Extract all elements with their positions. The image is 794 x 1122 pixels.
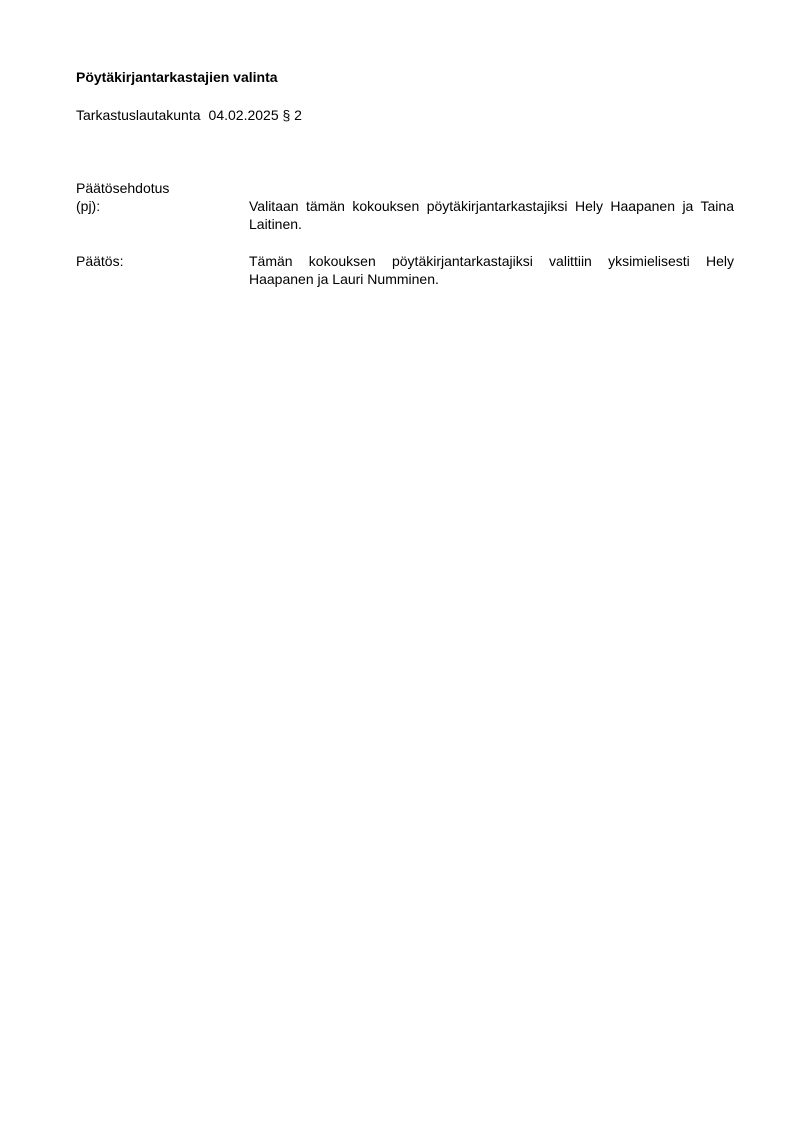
proposal-label: Päätösehdotus <box>76 179 249 197</box>
decision-label: Päätös: <box>76 252 249 288</box>
meeting-date: 04.02.2025 <box>209 107 279 123</box>
decision-text: Tämän kokouksen pöytäkirjantarkastajiksi… <box>249 252 734 288</box>
proposal-section: Päätösehdotus (pj): Valitaan tämän kokou… <box>76 179 734 233</box>
proposal-label-pj: (pj): <box>76 197 249 233</box>
meeting-reference: Tarkastuslautakunta04.02.2025 § 2 <box>76 106 302 124</box>
proposal-text: Valitaan tämän kokouksen pöytäkirjantark… <box>249 197 734 233</box>
meeting-body: Tarkastuslautakunta <box>76 107 201 123</box>
page-title: Pöytäkirjantarkastajien valinta <box>76 68 278 86</box>
decision-section: Päätös: Tämän kokouksen pöytäkirjantarka… <box>76 252 734 288</box>
meeting-section: § 2 <box>283 107 302 123</box>
